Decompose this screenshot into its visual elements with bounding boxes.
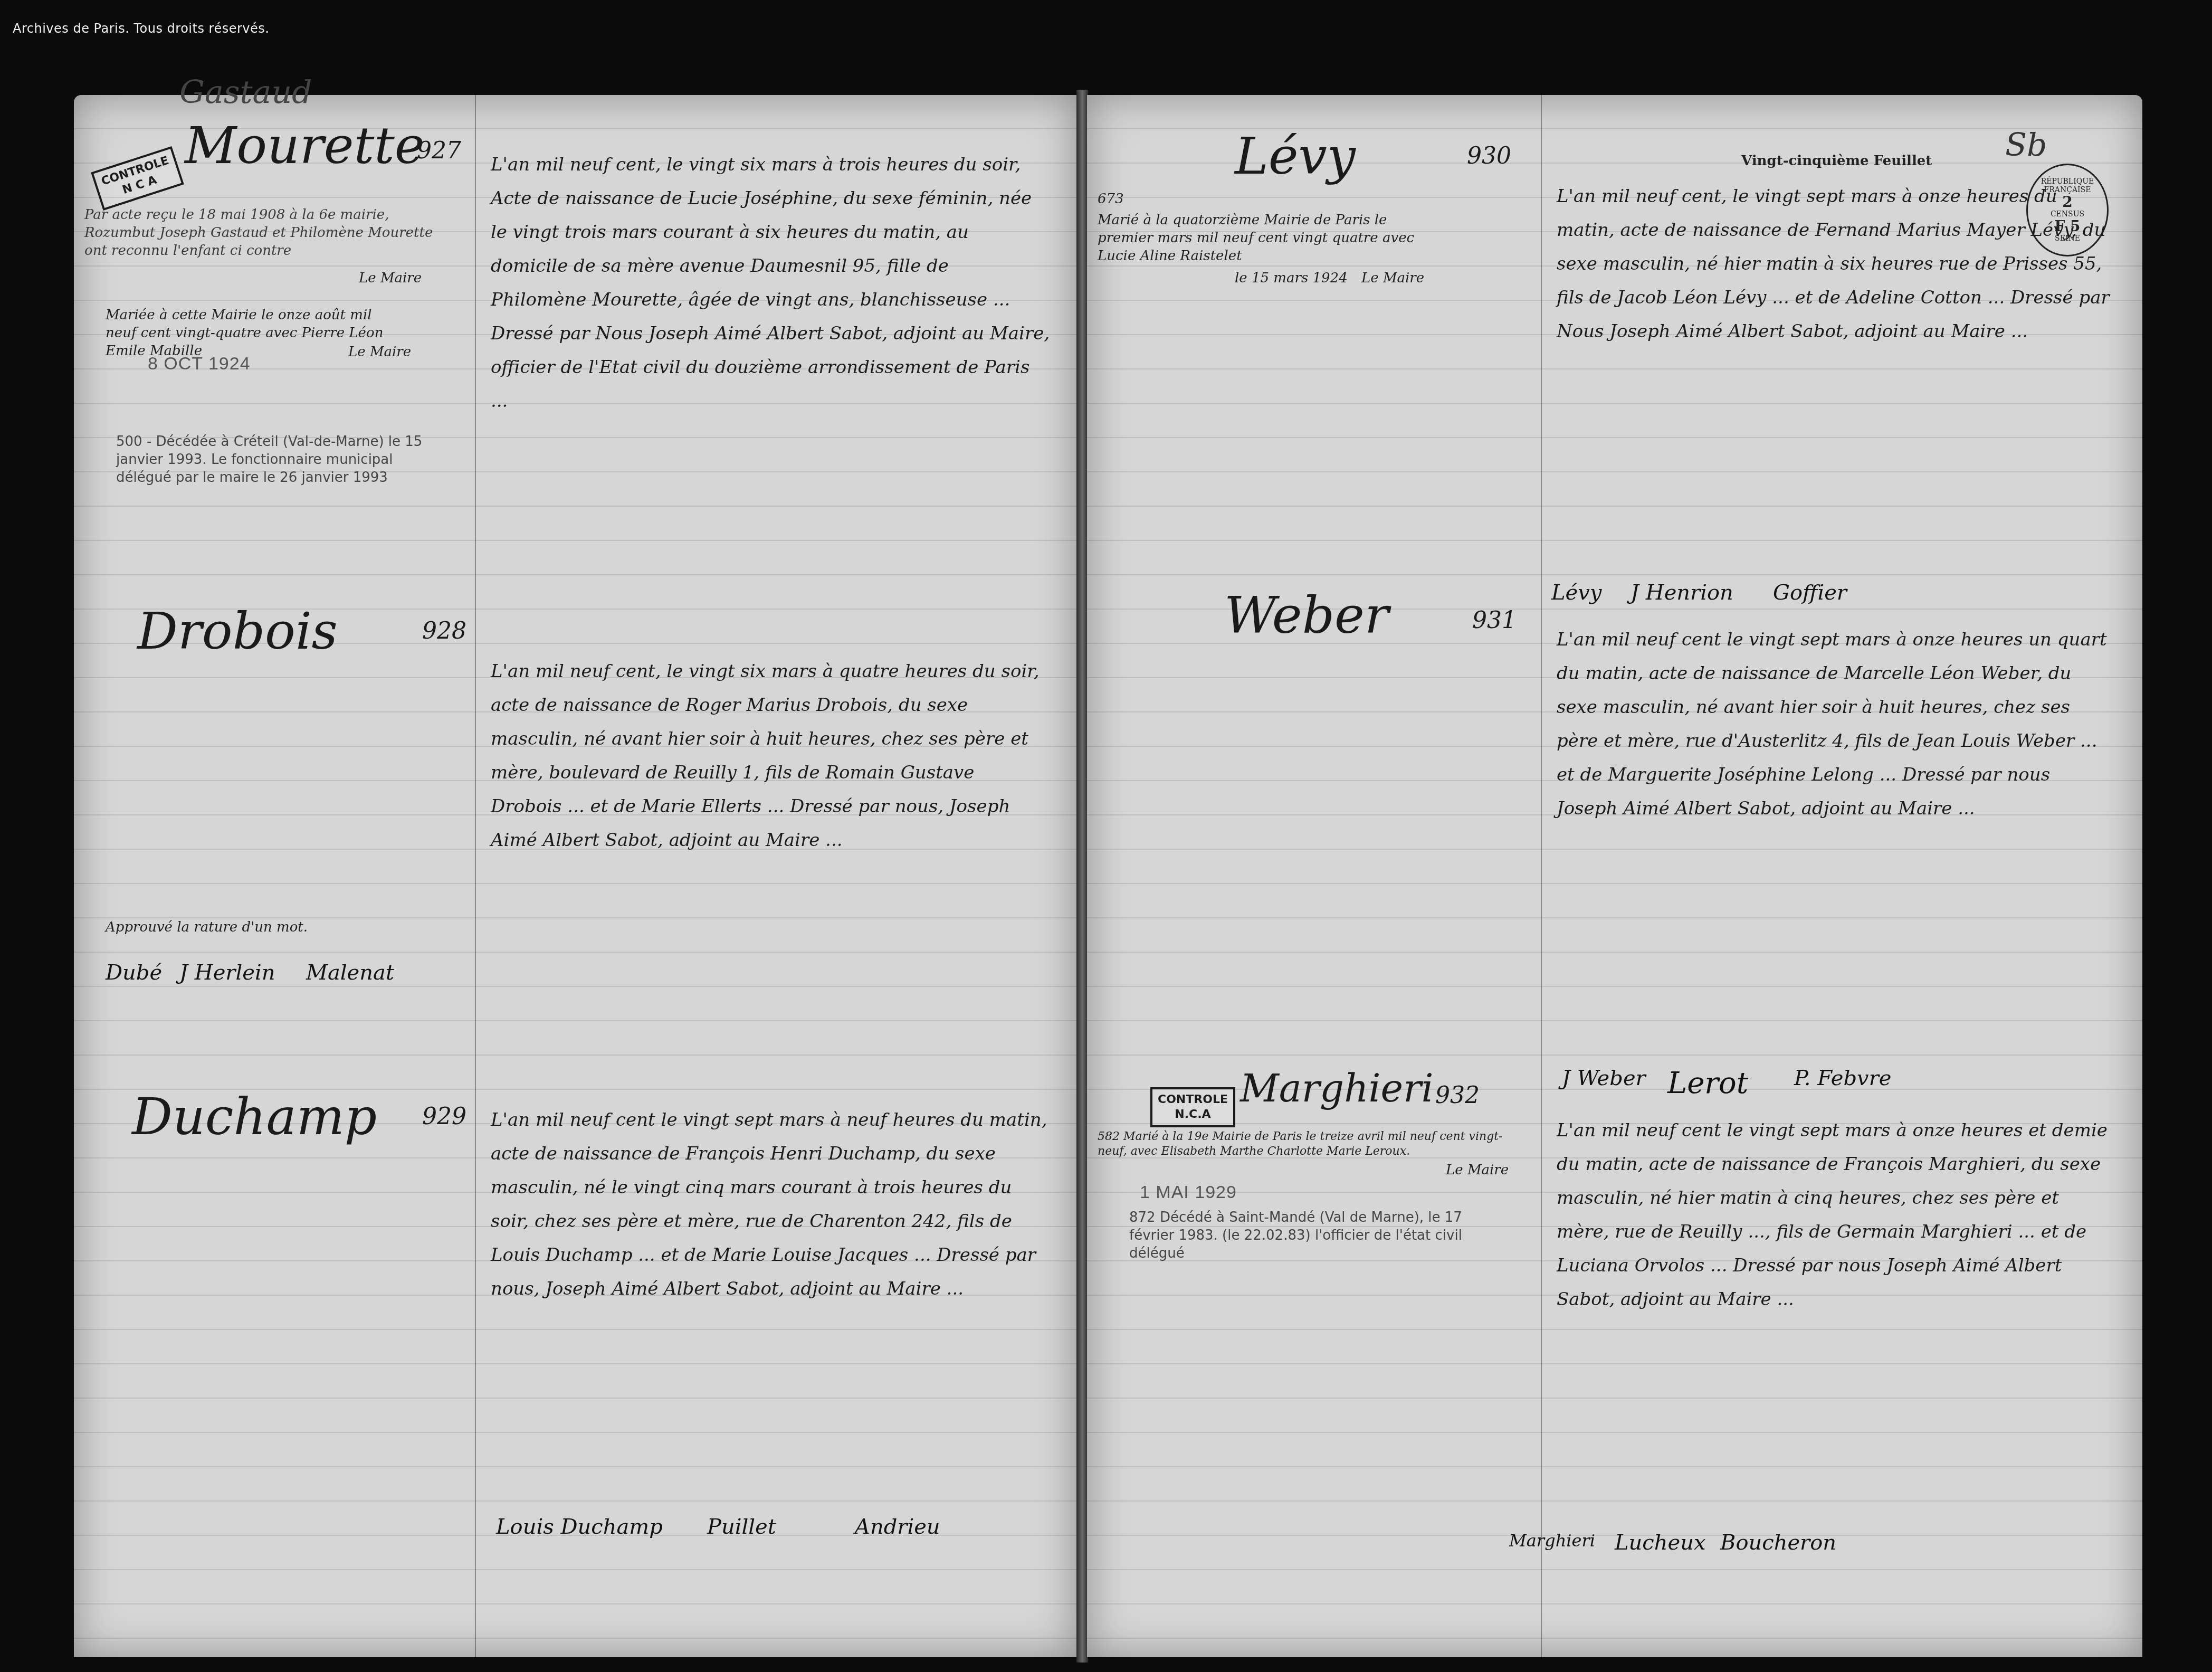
register-page-left: CONTROLE N C A Gastaud Mourette 927 Par …	[74, 95, 1076, 1657]
surname-correction: Gastaud	[179, 74, 312, 111]
signature: Malenat	[306, 961, 394, 985]
signature: Lévy	[1551, 581, 1601, 605]
margin-note-mayor: Le Maire	[359, 269, 422, 287]
entry-number: 931	[1472, 607, 1517, 634]
birth-act-text: L'an mil neuf cent le vingt sept mars à …	[1557, 1114, 2116, 1316]
register-page-right: Vingt-cinquième Feuillet Sb RÉPUBLIQUE F…	[1087, 95, 2142, 1657]
signature: Puillet	[707, 1515, 776, 1539]
signature: Boucheron	[1720, 1531, 1836, 1555]
entry-number: 927	[417, 137, 461, 164]
signature: Lucheux	[1615, 1531, 1705, 1555]
entry-surname: Weber	[1224, 586, 1389, 645]
margin-column-rule	[1541, 95, 1542, 1657]
signature: Marghieri	[1509, 1531, 1595, 1551]
signature: Andrieu	[855, 1515, 940, 1539]
book-spine	[1076, 90, 1088, 1662]
entry-number: 930	[1467, 142, 1511, 169]
signature: Lerot	[1667, 1066, 1748, 1100]
margin-note-marriage: 582 Marié à la 19e Mairie de Paris le tr…	[1098, 1129, 1509, 1159]
margin-note-number: 673	[1098, 190, 1124, 208]
signature: Goffier	[1773, 581, 1847, 605]
archive-watermark: Archives de Paris. Tous droits réservés.	[13, 21, 269, 36]
margin-note-erasure: Approuvé la rature d'un mot.	[106, 918, 308, 936]
margin-note-mayor: Le Maire	[1361, 269, 1424, 287]
margin-note-death: 872 Décédé à Saint-Mandé (Val de Marne),…	[1129, 1209, 1499, 1262]
entry-surname: Lévy	[1235, 127, 1356, 186]
entry-number: 932	[1435, 1082, 1480, 1109]
birth-act-text: L'an mil neuf cent, le vingt six mars à …	[491, 148, 1050, 418]
entry-number: 928	[422, 617, 466, 644]
entry-surname: Duchamp	[132, 1087, 377, 1146]
initials: Sb	[2005, 127, 2047, 164]
birth-act-text: L'an mil neuf cent le vingt sept mars à …	[491, 1103, 1050, 1306]
margin-note-death: 500 - Décédée à Créteil (Val-de-Marne) l…	[116, 433, 433, 487]
birth-act-text: L'an mil neuf cent le vingt sept mars à …	[1557, 623, 2116, 825]
date-stamp: 8 OCT 1924	[148, 354, 251, 374]
signature: J Herlein	[179, 961, 275, 985]
margin-column-rule	[475, 95, 476, 1657]
controle-stamp: CONTROLE N C A	[91, 146, 184, 211]
signature: J Weber	[1562, 1066, 1646, 1090]
date-stamp: 1 MAI 1929	[1140, 1182, 1237, 1203]
controle-stamp: CONTROLE N.C.A	[1150, 1087, 1235, 1127]
folio-heading: Vingt-cinquième Feuillet	[1741, 153, 1932, 169]
margin-note-date: le 15 mars 1924	[1235, 269, 1348, 287]
signature: Louis Duchamp	[496, 1515, 663, 1539]
entry-surname: Drobois	[137, 602, 338, 661]
margin-note-mayor: Le Maire	[348, 343, 411, 361]
signature: P. Febvre	[1794, 1066, 1891, 1090]
signature: J Henrion	[1631, 581, 1733, 605]
signature: Dubé	[106, 961, 162, 985]
birth-act-text: L'an mil neuf cent, le vingt sept mars à…	[1557, 179, 2116, 348]
entry-surname: Mourette	[185, 116, 425, 175]
entry-surname: Marghieri	[1240, 1066, 1434, 1110]
margin-note-marriage: Marié à la quatorzième Mairie de Paris l…	[1098, 211, 1441, 265]
entry-number: 929	[422, 1103, 466, 1130]
margin-note-mayor: Le Maire	[1446, 1161, 1509, 1179]
margin-note-recognition: Par acte reçu le 18 mai 1908 à la 6e mai…	[84, 206, 454, 260]
birth-act-text: L'an mil neuf cent, le vingt six mars à …	[491, 654, 1050, 857]
